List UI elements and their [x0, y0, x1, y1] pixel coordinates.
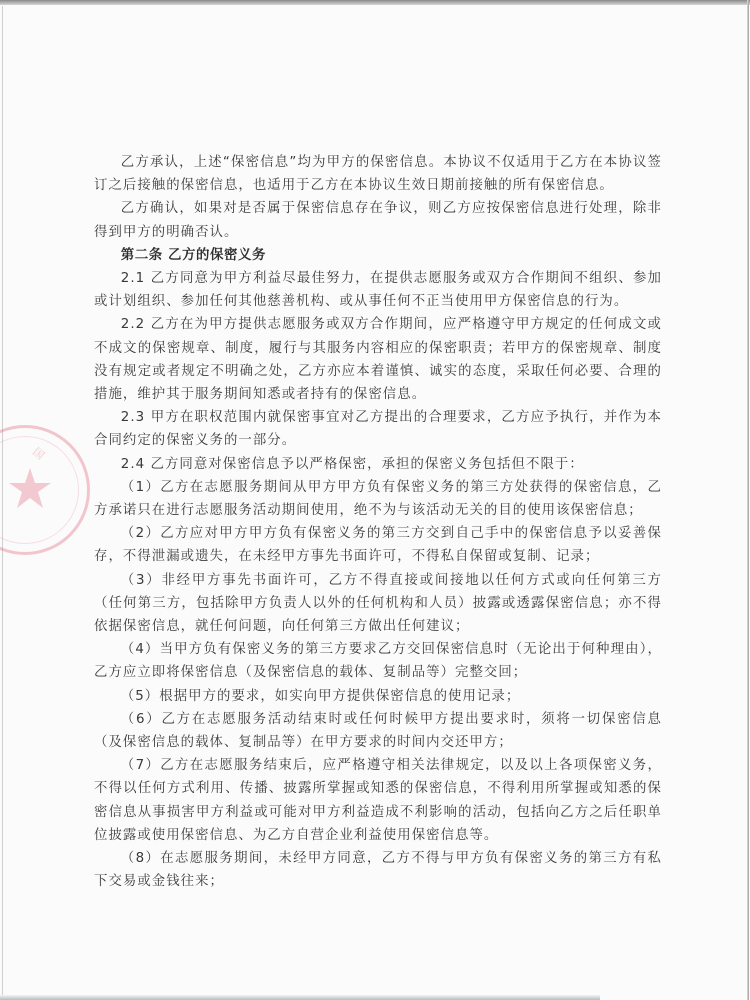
list-item: （4）当甲方负有保密义务的第三方要求乙方交回保密信息时（无论出于何种理由），乙方… [94, 638, 662, 684]
paragraph: 2.3 甲方在职权范围内就保密事宜对乙方提出的合理要求，乙方应予执行，并作为本合… [94, 406, 662, 452]
list-item: （2）乙方应对甲方甲方负有保密义务的第三方交到自己手中的保密信息予以妥善保存，不… [94, 522, 662, 568]
scan-edge-left [2, 6, 3, 996]
paragraph: 乙方确认，如果对是否属于保密信息存在争议，则乙方应按保密信息进行处理，除非得到甲… [94, 197, 662, 243]
document-body: 乙方承认，上述“保密信息”均为甲方的保密信息。本协议不仅适用于乙方在本协议签订之… [94, 151, 662, 894]
seal-text: 国 [29, 444, 49, 465]
scan-edge-right [747, 0, 749, 1000]
list-item: （6）乙方在志愿服务活动结束时或任何时候甲方提出要求时，须将一切保密信息（及保密… [94, 708, 662, 754]
section-heading: 第二条 乙方的保密义务 [94, 244, 662, 267]
seal-inner-ring [0, 436, 79, 544]
list-item: （1）乙方在志愿服务期间从甲方甲方负有保密义务的第三方处获得的保密信息，乙方承诺… [94, 476, 662, 522]
paragraph: 乙方承认，上述“保密信息”均为甲方的保密信息。本协议不仅适用于乙方在本协议签订之… [94, 151, 662, 197]
paragraph: 2.1 乙方同意为甲方利益尽最佳努力，在提供志愿服务或双方合作期间不组织、参加或… [94, 267, 662, 313]
scan-edge-bottom [0, 995, 600, 1000]
scan-edge-top [0, 0, 750, 5]
paragraph: 2.2 乙方在为甲方提供志愿服务或双方合作期间，应严格遵守甲方规定的任何成文或不… [94, 313, 662, 406]
paragraph: 2.4 乙方同意对保密信息予以严格保密，承担的保密义务包括但不限于： [94, 453, 662, 476]
list-item: （8）在志愿服务期间，未经甲方同意，乙方不得与甲方负有保密义务的第三方有私下交易… [94, 847, 662, 893]
list-item: （7）乙方在志愿服务结束后，应严格遵守相关法律规定，以及以上各项保密义务，不得以… [94, 754, 662, 847]
seal-star-icon [8, 466, 52, 510]
list-item: （3）非经甲方事先书面许可，乙方不得直接或间接地以任何方式或向任何第三方（任何第… [94, 569, 662, 639]
list-item: （5）根据甲方的要求，如实向甲方提供保密信息的使用记录； [94, 685, 662, 708]
official-seal-stamp: 国 [0, 425, 90, 555]
